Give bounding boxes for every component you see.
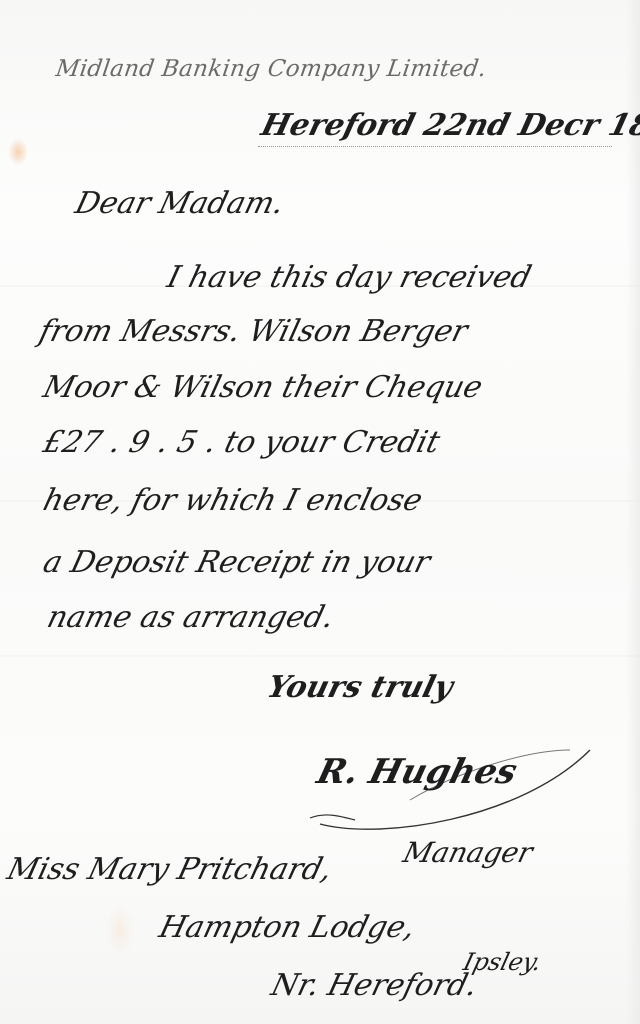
addressee-town: Nr. Hereford. [268,968,481,1003]
closing: Yours truly [264,670,457,705]
paper-fold-line [0,655,640,657]
body-line: Moor & Wilson their Cheque [40,370,486,405]
signature: R. Hughes [313,752,521,792]
signatory-role: Manager [400,836,536,869]
date-underline [258,146,612,148]
place-date: Hereford 22nd Decr 1877. [258,108,640,143]
body-line: I have this day received [164,260,535,295]
body-line: here, for which I enclose [40,483,426,518]
letterhead: Midland Banking Company Limited. [54,56,488,82]
addressee-name: Miss Mary Pritchard, [4,852,336,887]
paper-edge [626,0,640,1024]
body-line-amount: £27 . 9 . 5 . to your Credit [40,425,444,460]
body-line: a Deposit Receipt in your [40,545,434,580]
body-line: name as arranged. [44,600,338,635]
addressee-house: Hampton Lodge, [156,910,419,945]
salutation: Dear Madam. [72,186,288,221]
body-line: from Messrs. Wilson Berger [36,314,472,349]
